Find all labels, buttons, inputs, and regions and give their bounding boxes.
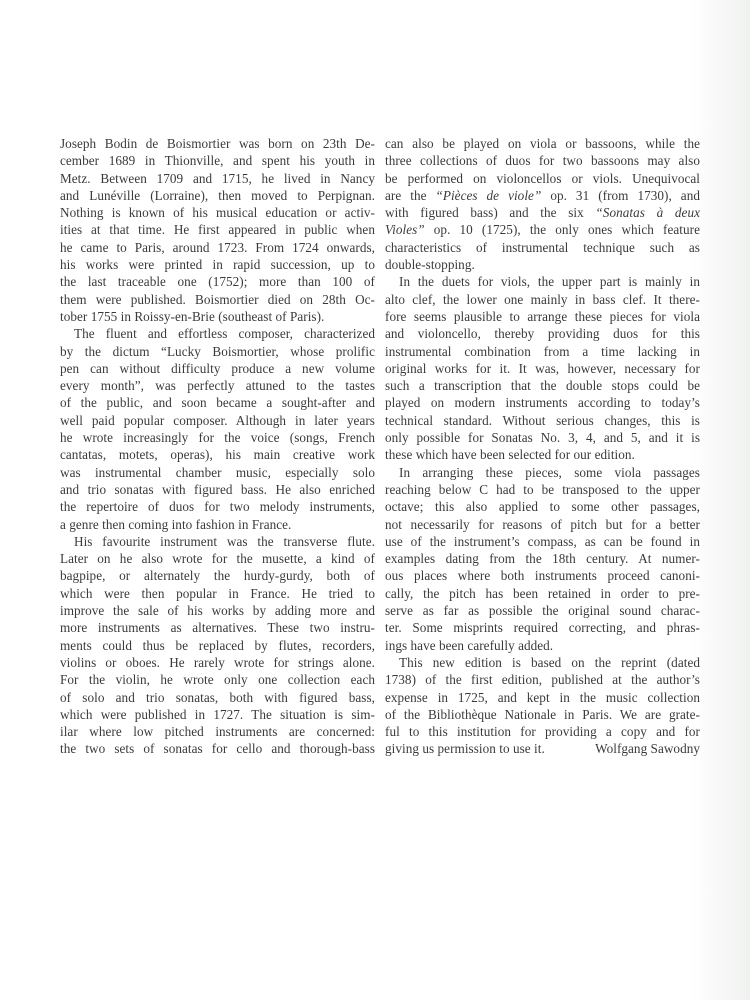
text-line: such a transcription that the double sto… [385, 377, 700, 394]
text-line: tober 1755 in Roissy-en-Brie (southeast … [60, 308, 375, 325]
text-line: original works for it. It was, however, … [385, 360, 700, 377]
text-line: ments could thus be replaced by flutes, … [60, 637, 375, 654]
text-line: pen can without difficulty produce a new… [60, 360, 375, 377]
text-line: a genre then coming into fashion in Fran… [60, 516, 375, 533]
text-segment: op. 10 (1725), the only ones which featu… [425, 222, 700, 237]
text-line: cember 1689 in Thionville, and spent his… [60, 152, 375, 169]
text-line: Joseph Bodin de Boismortier was born on … [60, 135, 375, 152]
text-line: his works were printed in rapid successi… [60, 256, 375, 273]
text-line: and violoncello, thereby providing duos … [385, 325, 700, 342]
text-line: double-stopping. [385, 256, 700, 273]
text-line: only possible for Sonatas No. 3, 4, and … [385, 429, 700, 446]
text-segment: giving us permission to use it. [385, 740, 545, 757]
text-line: not necessarily for reasons of pitch but… [385, 516, 700, 533]
closing-line: giving us permission to use it. Wolfgang… [385, 740, 700, 757]
text-line: he came to Paris, around 1723. From 1724… [60, 239, 375, 256]
text-line: the last traceable one (1752); more than… [60, 273, 375, 290]
text-line: violins or oboes. He rarely wrote for st… [60, 654, 375, 671]
text-line: can also be played on viola or bassoons,… [385, 135, 700, 152]
work-title-italic: “Pièces de viole” [435, 188, 541, 203]
text-line: which were published in 1727. The situat… [60, 706, 375, 723]
text-line: ities at that time. He first appeared in… [60, 221, 375, 238]
text-line: serve as far as possible the original so… [385, 602, 700, 619]
text-line: more instruments as alternatives. These … [60, 619, 375, 636]
text-line: every month”, was perfectly attuned to t… [60, 377, 375, 394]
text-line: His favourite instrument was the transve… [60, 533, 375, 550]
text-line: alto clef, the lower one mainly in bass … [385, 291, 700, 308]
work-title-italic: “Sonatas à deux [595, 205, 700, 220]
text-line: of the public, and soon became a sought-… [60, 394, 375, 411]
text-line: he wrote increasingly for the voice (son… [60, 429, 375, 446]
work-title-italic: Violes” [385, 222, 425, 237]
text-line: the two sets of sonatas for cello and th… [60, 740, 375, 757]
text-line: For the violin, he wrote only one collec… [60, 671, 375, 688]
text-line: and trio sonatas with figured bass. He a… [60, 481, 375, 498]
text-line: played on modern instruments according t… [385, 394, 700, 411]
text-segment: op. 31 (from 1730), and [541, 188, 700, 203]
text-segment: are the [385, 188, 435, 203]
text-line: Later on he also wrote for the musette, … [60, 550, 375, 567]
text-line-with-italic: Violes” op. 10 (1725), the only ones whi… [385, 221, 700, 238]
text-line-with-italic: with figured bass) and the six “Sonatas … [385, 204, 700, 221]
text-line: characteristics of instrumental techniqu… [385, 239, 700, 256]
text-line: 1738) of the first edition, published at… [385, 671, 700, 688]
text-line: examples dating from the 18th century. A… [385, 550, 700, 567]
text-line: The fluent and effortless composer, char… [60, 325, 375, 342]
right-column: can also be played on viola or bassoons,… [385, 135, 700, 758]
text-line: bagpipe, or alternately the hurdy-gurdy,… [60, 567, 375, 584]
text-line: ter. Some misprints required correcting,… [385, 619, 700, 636]
text-line: of solo and trio sonatas, both with figu… [60, 689, 375, 706]
text-line: octave; this also applied to some other … [385, 498, 700, 515]
text-line: In the duets for viols, the upper part i… [385, 273, 700, 290]
text-line-with-italic: are the “Pièces de viole” op. 31 (from 1… [385, 187, 700, 204]
text-line: be performed on violoncellos or viols. U… [385, 170, 700, 187]
text-line: improve the sale of his works by adding … [60, 602, 375, 619]
text-line: ilar where low pitched instruments are c… [60, 723, 375, 740]
text-line: and Lunéville (Lorraine), then moved to … [60, 187, 375, 204]
text-line: by the dictum “Lucky Boismortier, whose … [60, 343, 375, 360]
text-line: these which have been selected for our e… [385, 446, 700, 463]
text-line: In arranging these pieces, some viola pa… [385, 464, 700, 481]
text-line: Nothing is known of his musical educatio… [60, 204, 375, 221]
text-line: the repertoire of duos for two melody in… [60, 498, 375, 515]
left-column: Joseph Bodin de Boismortier was born on … [60, 135, 375, 758]
author-signature: Wolfgang Sawodny [595, 740, 700, 757]
text-line: ful to this institution for providing a … [385, 723, 700, 740]
text-line: Metz. Between 1709 and 1715, he lived in… [60, 170, 375, 187]
text-line: reaching below C had to be transposed to… [385, 481, 700, 498]
text-line: instrumental combination from a time lac… [385, 343, 700, 360]
text-line: cally, the pitch has been retained in or… [385, 585, 700, 602]
text-line: of the Bibliothèque Nationale in Paris. … [385, 706, 700, 723]
text-line: ings have been carefully added. [385, 637, 700, 654]
text-line: ous places where both instruments procee… [385, 567, 700, 584]
text-line: them were published. Boismortier died on… [60, 291, 375, 308]
text-segment: with figured bass) and the six [385, 205, 595, 220]
text-line: This new edition is based on the reprint… [385, 654, 700, 671]
text-line: well paid popular composer. Although in … [60, 412, 375, 429]
text-line: cantatas, motets, operas), his main crea… [60, 446, 375, 463]
text-line: expense in 1725, and kept in the music c… [385, 689, 700, 706]
text-line: was instrumental chamber music, especial… [60, 464, 375, 481]
text-line: technical standard. Without serious chan… [385, 412, 700, 429]
text-line: which were then popular in France. He tr… [60, 585, 375, 602]
text-line: fore seems plausible to arrange these pi… [385, 308, 700, 325]
text-line: use of the instrument’s compass, as can … [385, 533, 700, 550]
text-line: three collections of duos for two bassoo… [385, 152, 700, 169]
